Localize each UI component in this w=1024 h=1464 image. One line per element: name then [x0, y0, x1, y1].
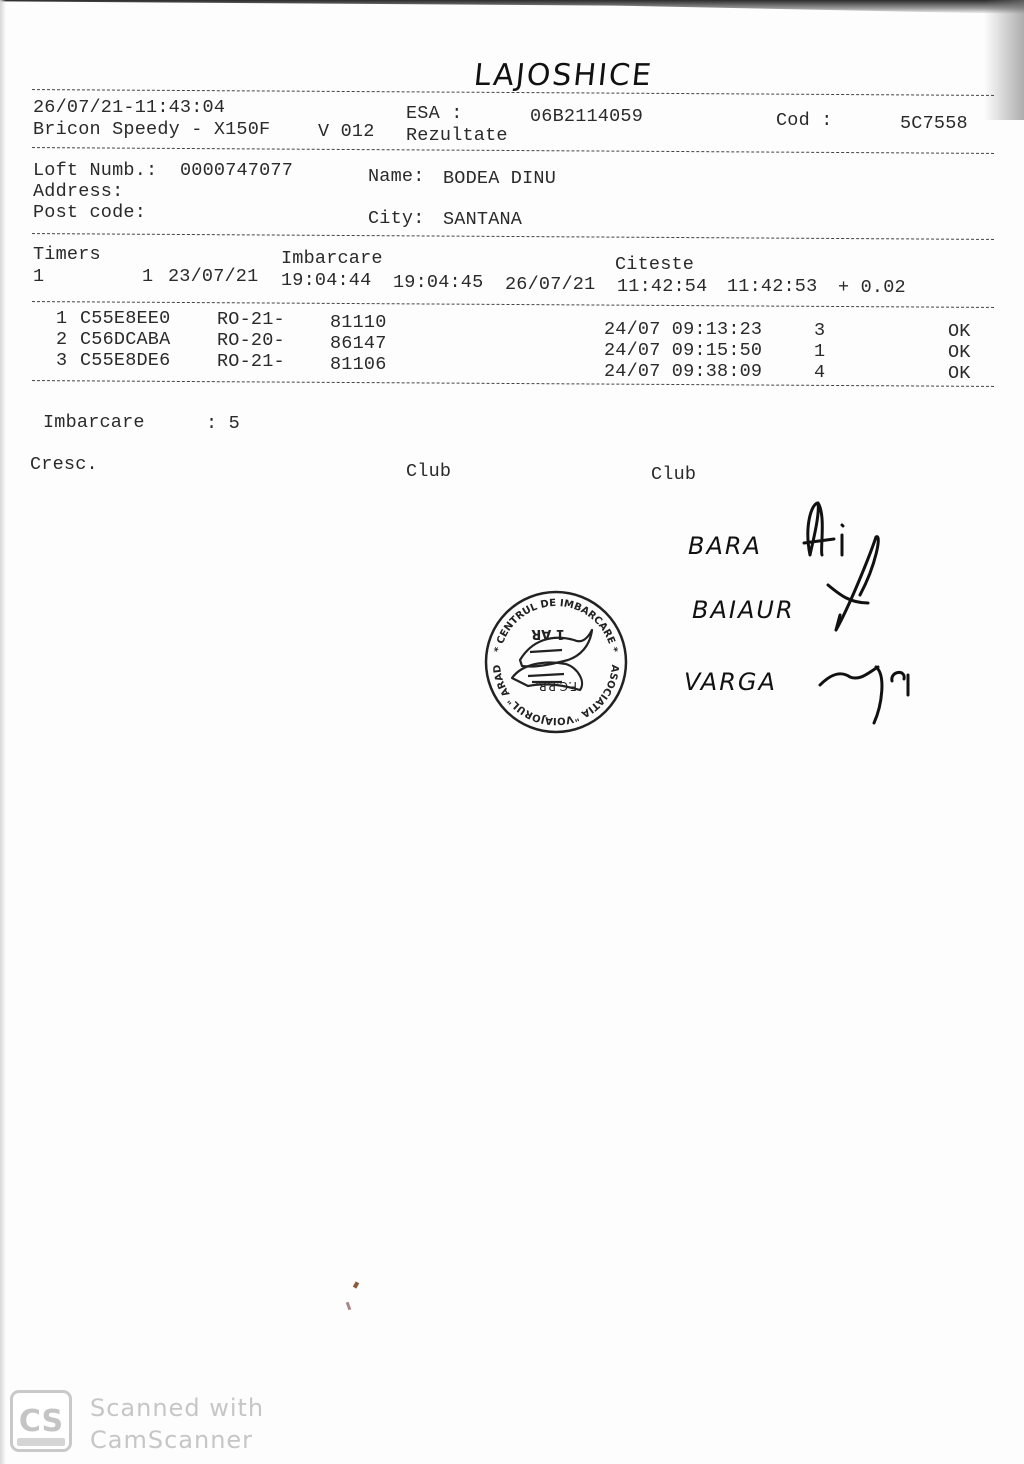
- entry-number: 1: [142, 268, 153, 287]
- print-datetime: 26/07/21-11:43:04: [33, 99, 225, 118]
- scan-shadow-top: [0, 0, 1024, 14]
- ring-number: 81110: [330, 314, 387, 333]
- loft-number: 0000747077: [180, 162, 293, 181]
- signatory-name-3: VARGA: [684, 668, 777, 696]
- row-number: 1: [56, 310, 67, 329]
- read-time-1: 11:42:54: [617, 278, 707, 297]
- camscanner-watermark: Scanned with CamScanner: [90, 1392, 264, 1456]
- position: 4: [814, 364, 825, 383]
- arrival-time: 24/07 09:38:09: [604, 363, 762, 382]
- citeste-header: Citeste: [615, 256, 694, 275]
- chip-id: C55E8EE0: [80, 310, 170, 329]
- read-date: 26/07/21: [505, 276, 595, 295]
- signatory-name-1: BARA: [688, 532, 762, 560]
- ring-prefix: RO-21-: [217, 311, 285, 330]
- status: OK: [948, 344, 971, 363]
- city-label: City:: [368, 210, 425, 229]
- address-label: Address:: [33, 183, 123, 202]
- divider: [32, 380, 994, 387]
- basket-date: 23/07/21: [168, 268, 258, 287]
- device-version: V 012: [318, 123, 375, 142]
- divider: [32, 147, 994, 154]
- cod-value: 5C7558: [900, 115, 968, 134]
- basket-time-2: 19:04:45: [393, 274, 483, 293]
- arrival-time: 24/07 09:15:50: [604, 342, 762, 361]
- position: 3: [814, 322, 825, 341]
- chip-id: C55E8DE6: [80, 352, 170, 371]
- imbarcare-summary-label: Imbarcare: [43, 414, 145, 433]
- ring-prefix: RO-21-: [217, 353, 285, 372]
- arrival-time: 24/07 09:13:23: [604, 321, 762, 340]
- ring-number: 81106: [330, 356, 387, 375]
- fancier-name: BODEA DINU: [443, 170, 556, 189]
- watermark-line-2: CamScanner: [90, 1426, 253, 1454]
- divider: [32, 301, 994, 308]
- club-label-2: Club: [651, 466, 696, 485]
- loft-label: Loft Numb.:: [33, 162, 157, 181]
- watermark-line-1: Scanned with: [90, 1394, 264, 1422]
- report-type: Rezultate: [406, 127, 508, 146]
- device-name: Bricon Speedy - X150F: [33, 121, 270, 140]
- cod-label: Cod :: [776, 112, 833, 131]
- clock-deviation: + 0.02: [838, 279, 906, 298]
- esa-value: 06B2114059: [530, 108, 643, 127]
- esa-label: ESA :: [406, 105, 463, 124]
- association-stamp: * CENTRUL DE IMBARCARE * ASOCIATIA "VOIA…: [482, 590, 630, 735]
- camscanner-logo-icon: CS: [10, 1390, 72, 1452]
- signature-scribbles: [790, 495, 930, 730]
- timer-number: 1: [33, 268, 44, 287]
- scan-shadow-right: [984, 0, 1024, 120]
- name-label: Name:: [368, 168, 425, 187]
- ring-number: 86147: [330, 335, 387, 354]
- read-time-2: 11:42:53: [727, 278, 817, 297]
- divider: [32, 233, 994, 240]
- cresc-label: Cresc.: [30, 456, 98, 475]
- stray-mark: [353, 1281, 359, 1288]
- handwritten-title: LAJOSHICE: [472, 58, 654, 93]
- imbarcare-summary-value: : 5: [206, 415, 240, 434]
- signatory-name-2: BAIAUR: [692, 596, 795, 624]
- basket-time-1: 19:04:44: [281, 272, 371, 291]
- imbarcare-header: Imbarcare: [281, 250, 383, 269]
- timers-label: Timers: [33, 246, 101, 265]
- status: OK: [948, 365, 971, 384]
- chip-id: C56DCABA: [80, 331, 170, 350]
- stray-mark: [346, 1302, 352, 1311]
- row-number: 3: [56, 352, 67, 371]
- position: 1: [814, 343, 825, 362]
- scan-edge-left: [0, 0, 6, 1464]
- city-value: SANTANA: [443, 211, 522, 230]
- row-number: 2: [56, 331, 67, 350]
- ring-prefix: RO-20-: [217, 332, 285, 351]
- postcode-label: Post code:: [33, 204, 146, 223]
- status: OK: [948, 323, 971, 342]
- club-label-1: Club: [406, 463, 451, 482]
